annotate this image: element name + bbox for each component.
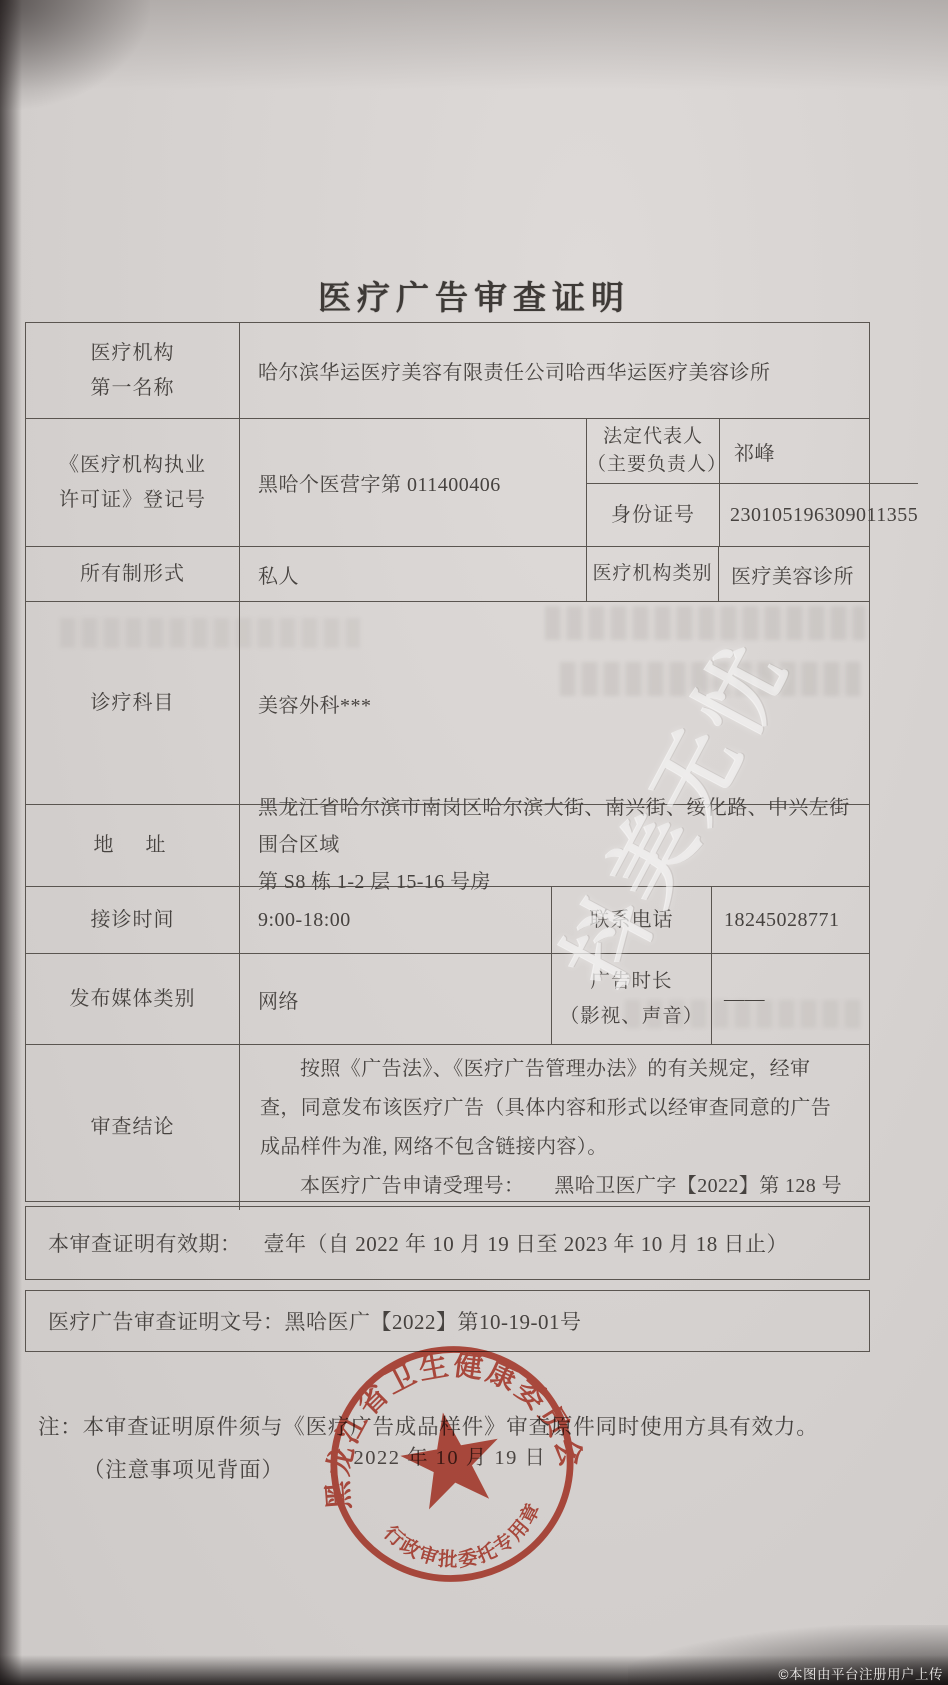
address-label: 地 址: [26, 805, 239, 886]
departments-label: 诊疗科目: [26, 602, 239, 804]
table-row-hours: 接诊时间 9:00-18:00 联系电话 18245028771: [26, 886, 869, 953]
phone-value: 18245028771: [711, 887, 869, 953]
photo-shadow-top: [0, 0, 948, 90]
ad-duration-label: 广告时长 （影视、声音）: [551, 954, 711, 1044]
ownership-label: 所有制形式: [26, 547, 239, 601]
photo-credit: ©本图由平台注册用户上传: [779, 1663, 943, 1683]
org-type-label: 医疗机构类别: [586, 547, 718, 601]
certificate-photo: 医疗广告审查证明 医疗机构 第一名称 哈尔滨华运医疗美容有限责任公司哈西华运医疗…: [0, 0, 948, 1685]
certificate-table: 医疗机构 第一名称 哈尔滨华运医疗美容有限责任公司哈西华运医疗美容诊所 《医疗机…: [25, 322, 870, 1202]
media-label: 发布媒体类别: [26, 954, 239, 1044]
address-line-1: 黑龙江省哈尔滨市南岗区哈尔滨大街、南兴街、绥化路、中兴左街围合区域: [258, 790, 855, 864]
legal-rep-value: 祁峰: [719, 419, 918, 483]
table-row-org-name: 医疗机构 第一名称 哈尔滨华运医疗美容有限责任公司哈西华运医疗美容诊所: [26, 323, 869, 418]
license-value: 黑哈个医营字第 011400406: [239, 419, 586, 546]
note-prefix: 注：: [38, 1415, 83, 1439]
org-name-label: 医疗机构 第一名称: [26, 323, 239, 418]
certificate-title: 医疗广告审查证明: [0, 272, 948, 319]
license-label: 《医疗机构执业 许可证》登记号: [26, 419, 239, 546]
acceptance-value: 黑哈卫医广字【2022】第 128 号: [554, 1175, 842, 1197]
official-stamp: 黑龙江省卫生健康委员会 行政审批委托专用章: [298, 1317, 606, 1612]
address-value: 黑龙江省哈尔滨市南岗区哈尔滨大街、南兴街、绥化路、中兴左街围合区域 第 S8 栋…: [239, 805, 869, 886]
hours-label: 接诊时间: [26, 887, 239, 953]
table-row-ownership: 所有制形式 私人 医疗机构类别 医疗美容诊所: [26, 546, 869, 601]
validity-label: 本审查证明有效期：: [48, 1228, 242, 1258]
hours-value: 9:00-18:00: [239, 887, 551, 953]
conclusion-value: 按照《广告法》、《医疗广告管理办法》的有关规定，经审查，同意发布该医疗广告（具体…: [239, 1045, 869, 1210]
table-row-license: 《医疗机构执业 许可证》登记号 黑哈个医营字第 011400406 法定代表人 …: [26, 418, 869, 546]
validity-box: 本审查证明有效期： 壹年（自 2022 年 10 月 19 日至 2023 年 …: [25, 1206, 870, 1280]
departments-value: 美容外科***: [239, 602, 869, 804]
conclusion-paragraph: 按照《广告法》、《医疗广告管理办法》的有关规定，经审查，同意发布该医疗广告（具体…: [260, 1050, 851, 1167]
media-value: 网络: [239, 954, 551, 1044]
acceptance-label: 本医疗广告申请受理号：: [300, 1175, 524, 1197]
table-row-media: 发布媒体类别 网络 广告时长 （影视、声音） ——: [26, 953, 869, 1044]
table-row-departments: 诊疗科目 美容外科***: [26, 601, 869, 804]
conclusion-acceptance: 本医疗广告申请受理号：黑哈卫医广字【2022】第 128 号: [260, 1167, 851, 1206]
photo-corner-shadow: [0, 0, 150, 110]
table-row-address: 地 址 黑龙江省哈尔滨市南岗区哈尔滨大街、南兴街、绥化路、中兴左街围合区域 第 …: [26, 804, 869, 886]
ad-duration-value: ——: [711, 954, 869, 1044]
id-number-subrow: 身份证号 230105196309011355: [587, 483, 918, 546]
id-number-label: 身份证号: [587, 484, 719, 546]
table-row-conclusion: 审查结论 按照《广告法》、《医疗广告管理办法》的有关规定，经审查，同意发布该医疗…: [26, 1044, 869, 1210]
phone-label: 联系电话: [551, 887, 711, 953]
validity-value: 壹年（自 2022 年 10 月 19 日至 2023 年 10 月 18 日止…: [264, 1228, 789, 1258]
legal-rep-label: 法定代表人 （主要负责人）: [587, 419, 719, 483]
photo-shadow-left: [0, 0, 22, 1685]
doc-number-label: 医疗广告审查证明文号：: [48, 1306, 285, 1336]
legal-rep-id-block: 法定代表人 （主要负责人） 祁峰 身份证号 230105196309011355: [586, 419, 918, 546]
stamp-star-icon: [394, 1404, 508, 1513]
id-number-value: 230105196309011355: [719, 484, 918, 546]
legal-rep-subrow: 法定代表人 （主要负责人） 祁峰: [587, 419, 918, 483]
ownership-value: 私人: [239, 547, 586, 601]
conclusion-label: 审查结论: [26, 1045, 239, 1210]
org-type-value: 医疗美容诊所: [718, 547, 869, 601]
org-name-value: 哈尔滨华运医疗美容有限责任公司哈西华运医疗美容诊所: [239, 323, 869, 418]
